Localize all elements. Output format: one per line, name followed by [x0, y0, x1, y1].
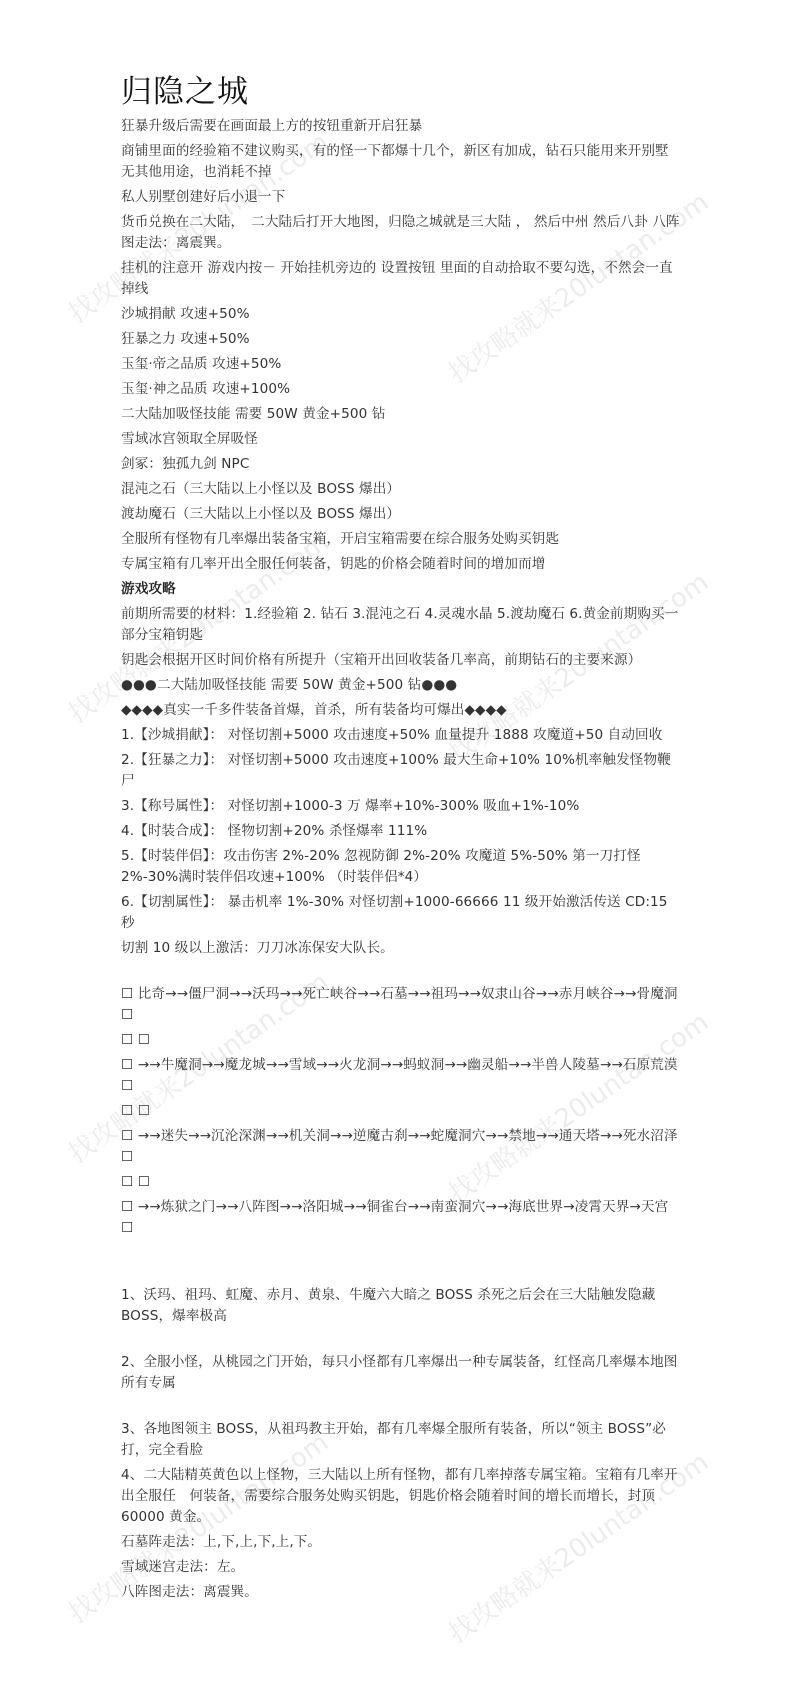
- route-line: ☐ ☐: [121, 1101, 681, 1122]
- spacer: [121, 963, 681, 984]
- paragraph: 雪域冰宫领取全屏吸怪: [121, 429, 681, 450]
- note: 1、沃玛、祖玛、虹魔、赤月、黄泉、牛魔六大暗之 BOSS 杀死之后会在三大陆触发…: [121, 1285, 681, 1327]
- section-heading: 游戏攻略: [121, 579, 681, 600]
- paragraph: 全服所有怪物有几率爆出装备宝箱，开启宝箱需要在综合服务处购买钥匙: [121, 529, 681, 550]
- paragraph: 商铺里面的经验箱不建议购买，有的怪一下都爆十几个，新区有加成，钻石只能用来开别墅…: [121, 141, 681, 183]
- note: 4、二大陆精英黄色以上怪物，三大陆以上所有怪物，都有几率掉落专属宝箱。宝箱有几率…: [121, 1465, 681, 1528]
- paragraph: 沙城捐献 攻速+50%: [121, 304, 681, 325]
- paragraph: 专属宝箱有几率开出全服任何装备，钥匙的价格会随着时间的增加而增: [121, 554, 681, 575]
- route-line: ☐ →→牛魔洞→→魔龙城→→雪域→→火龙洞→→蚂蚁洞→→幽灵船→→半兽人陵墓→→…: [121, 1055, 681, 1097]
- strategy-item: 切割 10 级以上激活：刀刀冰冻保安大队长。: [121, 938, 681, 959]
- strategy-item: 6.【切割属性】： 暴击机率 1%-30% 对怪切割+1000-66666 11…: [121, 892, 681, 934]
- note: 2、全服小怪，从桃园之门开始，每只小怪都有几率爆出一种专属装备，红怪高几率爆本地…: [121, 1352, 681, 1394]
- note: 3、各地图领主 BOSS，从祖玛教主开始，都有几率爆全服所有装备，所以“领主 B…: [121, 1419, 681, 1461]
- strategy-item: 1.【沙城捐献】： 对怪切割+5000 攻击速度+50% 血量提升 1888 攻…: [121, 725, 681, 746]
- paragraph: 玉玺·神之品质 攻速+100%: [121, 379, 681, 400]
- strategy-item: 3.【称号属性】： 对怪切割+1000-3 万 爆率+10%-300% 吸血+1…: [121, 796, 681, 817]
- strategy-item: 2.【狂暴之力】： 对怪切割+5000 攻击速度+100% 最大生命+10% 1…: [121, 750, 681, 792]
- paragraph: 渡劫魔石（三大陆以上小怪以及 BOSS 爆出）: [121, 504, 681, 525]
- paragraph: 挂机的注意开 游戏内按－ 开始挂机旁边的 设置按钮 里面的自动拾取不要勾选，不然…: [121, 258, 681, 300]
- route-line: ☐ →→炼狱之门→→八阵图→→洛阳城→→铜雀台→→南蛮洞穴→→海底世界→凌霄天界…: [121, 1197, 681, 1239]
- paragraph: 混沌之石（三大陆以上小怪以及 BOSS 爆出）: [121, 479, 681, 500]
- article: 归隐之城 狂暴升级后需要在画面最上方的按钮重新开启狂暴 商铺里面的经验箱不建议购…: [121, 72, 681, 1607]
- paragraph: 狂暴之力 攻速+50%: [121, 329, 681, 350]
- spacer: [121, 1398, 681, 1419]
- spacer: [121, 1331, 681, 1352]
- route-line: ☐ ☐: [121, 1172, 681, 1193]
- paragraph: 私人别墅创建好后小退一下: [121, 187, 681, 208]
- route-line: ☐ 比奇→→僵尸洞→→沃玛→→死亡峡谷→→石墓→→祖玛→→奴隶山谷→→赤月峡谷→…: [121, 984, 681, 1026]
- note: 八阵图走法：离震巽。: [121, 1582, 681, 1603]
- note: 石墓阵走法：上,下,上,下,上,下。: [121, 1532, 681, 1553]
- strategy-item: ◆◆◆◆真实一千多件装备首爆，首杀，所有装备均可爆出◆◆◆◆: [121, 700, 681, 721]
- page-title: 归隐之城: [121, 72, 681, 112]
- paragraph: 狂暴升级后需要在画面最上方的按钮重新开启狂暴: [121, 116, 681, 137]
- spacer: [121, 1243, 681, 1285]
- paragraph: 二大陆加吸怪技能 需要 50W 黄金+500 钻: [121, 404, 681, 425]
- strategy-item: 5.【时装伴侣】：攻击伤害 2%-20% 忽视防御 2%-20% 攻魔道 5%-…: [121, 846, 681, 888]
- paragraph: 货币兑换在二大陆， 二大陆后打开大地图，归隐之城就是三大陆 ， 然后中州 然后八…: [121, 212, 681, 254]
- strategy-item: 钥匙会根据开区时间价格有所提升（宝箱开出回收装备几率高，前期钻石的主要来源）: [121, 650, 681, 671]
- route-line: ☐ →→迷失→→沉沦深渊→→机关洞→→逆魔古刹→→蛇魔洞穴→→禁地→→通天塔→→…: [121, 1126, 681, 1168]
- note: 雪域迷宫走法：左。: [121, 1557, 681, 1578]
- paragraph: 剑冢：独孤九剑 NPC: [121, 454, 681, 475]
- strategy-item: ●●●二大陆加吸怪技能 需要 50W 黄金+500 钻●●●: [121, 675, 681, 696]
- strategy-item: 前期所需要的材料：1.经验箱 2. 钻石 3.混沌之石 4.灵魂水晶 5.渡劫魔…: [121, 604, 681, 646]
- route-line: ☐ ☐: [121, 1030, 681, 1051]
- paragraph: 玉玺·帝之品质 攻速+50%: [121, 354, 681, 375]
- strategy-item: 4.【时装合成】： 怪物切割+20% 杀怪爆率 111%: [121, 821, 681, 842]
